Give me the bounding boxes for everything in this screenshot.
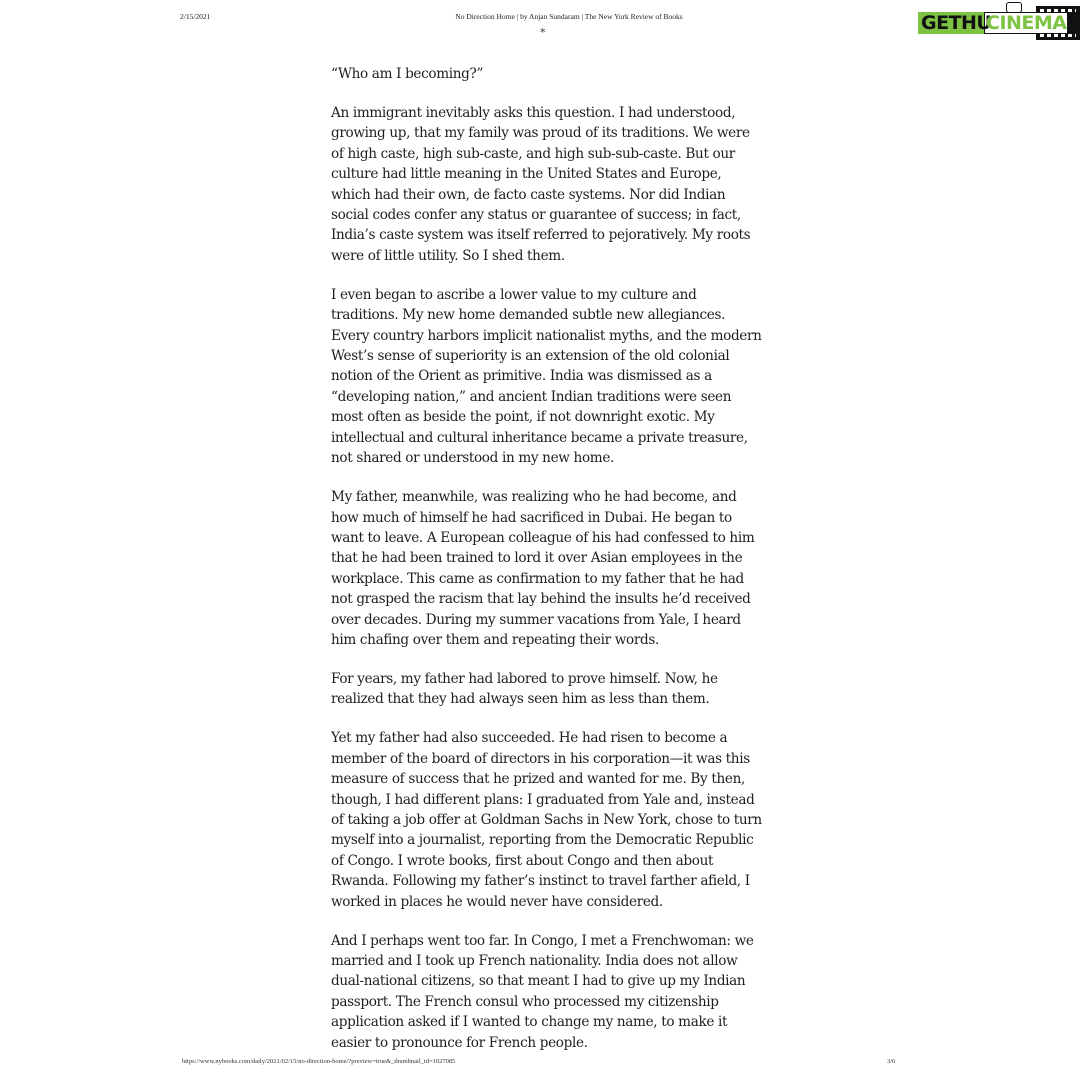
article-paragraph: For years, my father had labored to prov…: [331, 669, 763, 710]
article-paragraph: And I perhaps went too far. In Congo, I …: [331, 931, 763, 1053]
watermark-text-gethu: GETHU: [921, 12, 991, 34]
section-separator-asterisk: *: [540, 26, 546, 39]
article-body: “Who am I becoming?” An immigrant inevit…: [331, 64, 763, 1072]
article-paragraph: An immigrant inevitably asks this questi…: [331, 103, 763, 266]
page-number: 3/6: [887, 1058, 895, 1065]
article-paragraph-question: “Who am I becoming?”: [331, 64, 763, 84]
print-footer-url: https://www.nybooks.com/daily/2021/02/15…: [182, 1058, 455, 1065]
article-paragraph: I even began to ascribe a lower value to…: [331, 285, 763, 469]
article-paragraph: Yet my father had also succeeded. He had…: [331, 728, 763, 912]
watermark-text-cinema: CINEMA: [986, 12, 1067, 34]
article-paragraph: My father, meanwhile, was realizing who …: [331, 487, 763, 650]
gethu-cinema-watermark: GETHU CINEMA: [918, 2, 1080, 42]
